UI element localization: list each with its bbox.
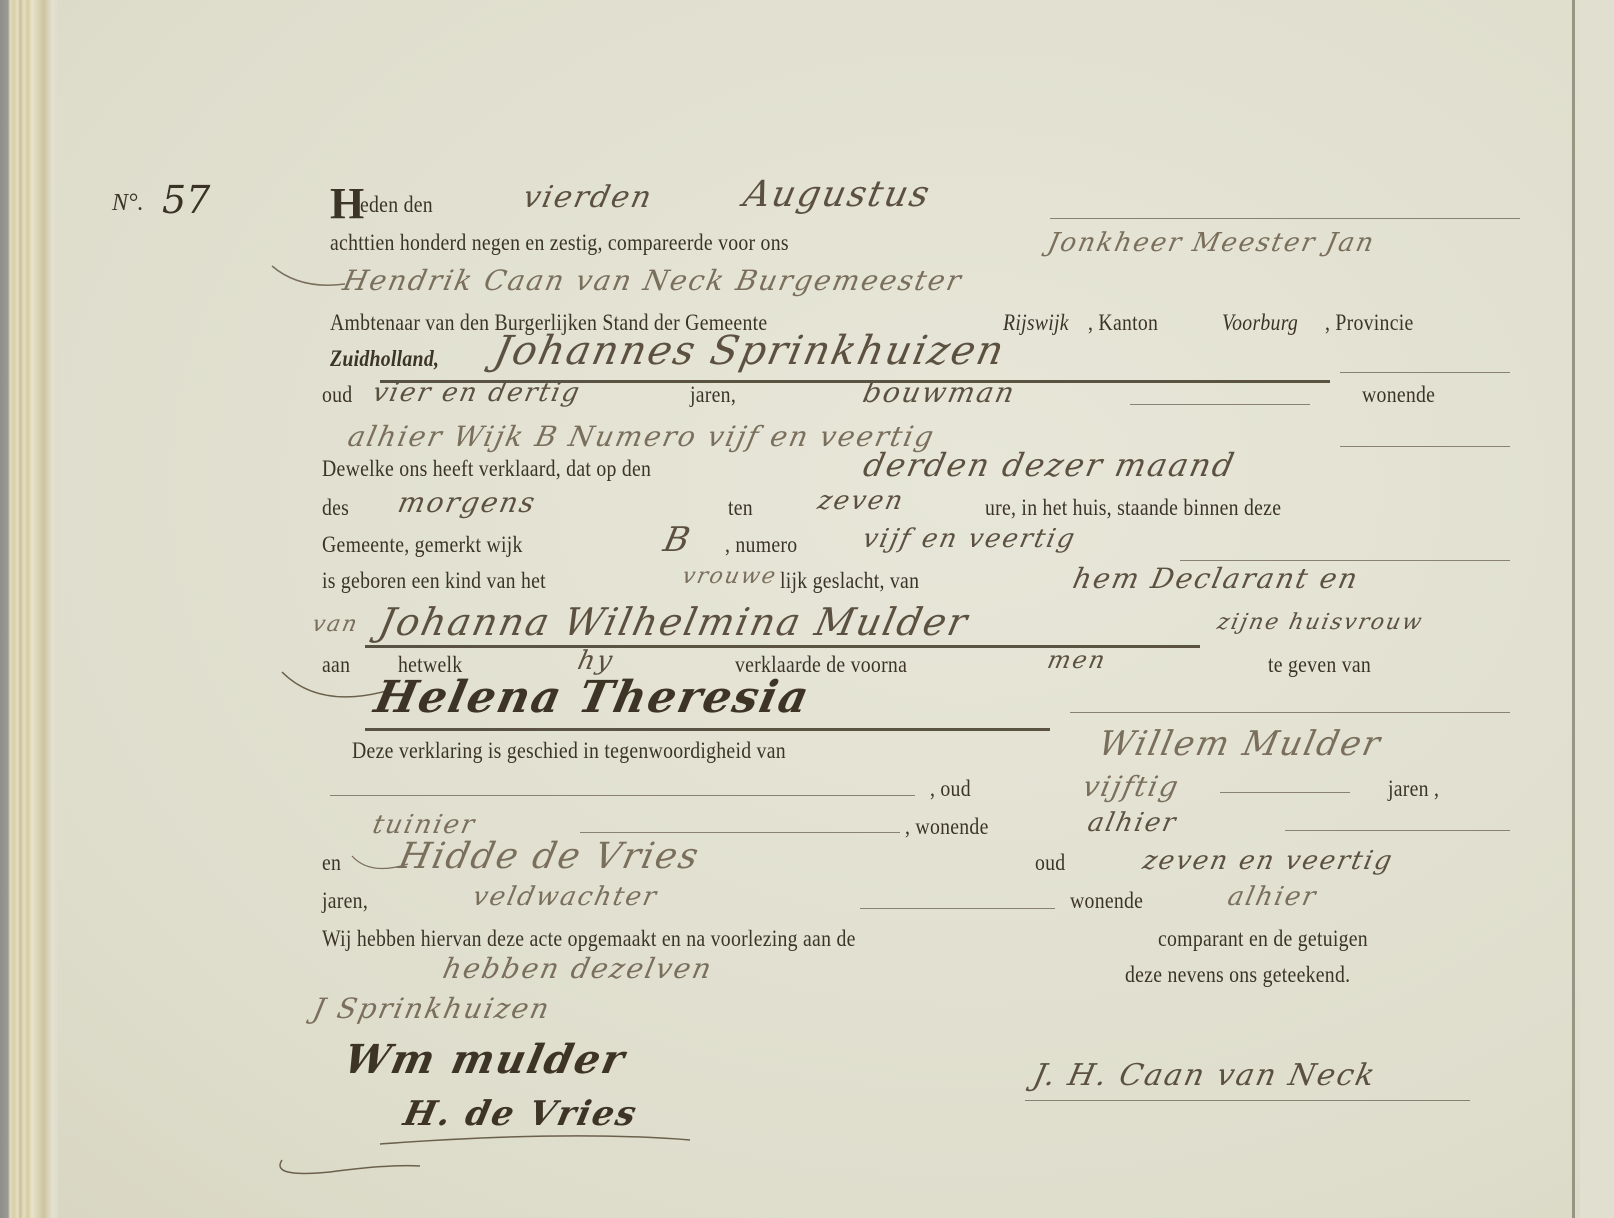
printed-gemeente-wijk: Gemeente, gemerkt wijk [322,532,523,558]
fill-line [580,832,900,833]
printed-oud: oud [1035,850,1065,876]
printed-jaren: jaren , [1388,776,1439,802]
fill-line [860,908,1055,909]
printed-geboren: is geboren een kind van het [322,568,546,594]
handwritten-witness1-residence: alhier [1085,808,1180,838]
fill-line [1220,792,1350,793]
handwritten-declarant-residence: alhier Wijk B Numero vijf en veertig [345,420,938,453]
handwritten-father-note: hem Declarant en [1070,562,1362,595]
printed-jaren: jaren, [322,888,368,914]
book-binding-edge [0,0,58,1218]
handwritten-official-title: Jonkheer Meester Jan [1045,228,1378,258]
handwritten-declarant-age: vier en dertig [370,378,584,408]
handwritten-house-number: vijf en veertig [860,524,1079,554]
fill-line [1285,830,1510,831]
printed-kanton-name: Voorburg [1222,310,1298,336]
handwritten-month: Augustus [740,174,935,215]
document-page: N°. 57 H eden den vierden Augustus achtt… [0,0,1614,1218]
handwritten-names-suffix: men [1045,646,1109,674]
printed-wonende: wonende [1362,382,1435,408]
handwritten-wijk: B [660,520,696,560]
printed-oud: oud [322,382,352,408]
printed-deze-verklaring: Deze verklaring is geschied in tegenwoor… [352,738,786,764]
signature-flourish [270,1120,700,1180]
handwritten-child-name: Helena Theresia [370,672,815,723]
signature-official: J. H. Caan van Neck [1030,1058,1380,1093]
handwritten-witness2-residence: alhier [1225,882,1320,912]
signature-witness1: Wm mulder [340,1036,630,1083]
handwritten-witness1-name: Willem Mulder [1095,724,1385,764]
printed-lijk-geslacht: lijk geslacht, van [780,568,919,594]
printed-oud: , oud [930,776,971,802]
handwritten-witness2-occupation: veldwachter [470,882,661,912]
printed-en: en [322,850,341,876]
handwritten-sex: vrouwe [680,564,780,589]
page-edge-right [1572,0,1575,1218]
printed-year-line: achttien honderd negen en zestig, compar… [330,230,789,256]
handwritten-signed-note: hebben dezelven [440,952,716,985]
fill-line [1180,560,1510,561]
printed-ure-huis: ure, in het huis, staande binnen deze [985,495,1281,521]
handwritten-van: van [310,612,361,637]
act-number: 57 [162,178,210,222]
fill-line [1130,404,1310,405]
printed-wonende: , wonende [905,814,989,840]
printed-dewelke: Dewelke ons heeft verklaard, dat op den [322,456,651,482]
printed-comparant-getuigen: comparant en de getuigen [1158,926,1368,952]
printed-provincie: , Provincie [1325,310,1414,336]
adjacent-page-strip [1580,0,1614,1218]
printed-numero: , numero [725,532,797,558]
printed-jaren: jaren, [690,382,736,408]
printed-kanton: , Kanton [1088,310,1158,336]
printed-gemeente-name: Rijswijk [1003,310,1069,336]
printed-heden-den: eden den [360,192,433,218]
handwritten-birth-day: derden dezer maand [860,446,1239,484]
handwritten-time-of-day: morgens [395,486,540,519]
handwritten-declarant-name: Johannes Sprinkhuizen [490,328,1010,374]
name-underline [365,728,1050,731]
printed-ten: ten [728,495,753,521]
printed-wonende: wonende [1070,888,1143,914]
fill-line [1340,372,1510,373]
fill-line [330,795,915,796]
signature-underline [1025,1100,1470,1101]
printed-province-name: Zuidholland, [330,346,439,372]
handwritten-official-name: Hendrik Caan van Neck Burgemeester [340,264,966,297]
printed-te-geven-van: te geven van [1268,652,1371,678]
signature-declarant: J Sprinkhuizen [310,992,554,1025]
handwritten-hour: zeven [815,486,907,516]
handwritten-mother-relation: zijne huisvrouw [1215,610,1426,635]
handwritten-witness2-name: Hidde de Vries [395,836,704,877]
handwritten-witness1-age: vijftig [1080,770,1183,803]
act-number-label: N°. [112,190,144,217]
flourish-line [270,262,350,292]
handwritten-day: vierden [520,180,656,215]
fill-line [1070,712,1510,713]
fill-line [1050,218,1520,219]
printed-des: des [322,495,349,521]
handwritten-witness2-age: zeven en veertig [1140,846,1396,876]
handwritten-declarant-occupation: bouwman [860,376,1019,409]
printed-nevens-geteekend: deze nevens ons geteekend. [1125,962,1350,988]
printed-wij-hebben: Wij hebben hiervan deze acte opgemaakt e… [322,926,856,952]
fill-line [1340,446,1510,447]
handwritten-mother-name: Johanna Wilhelmina Mulder [375,600,973,644]
